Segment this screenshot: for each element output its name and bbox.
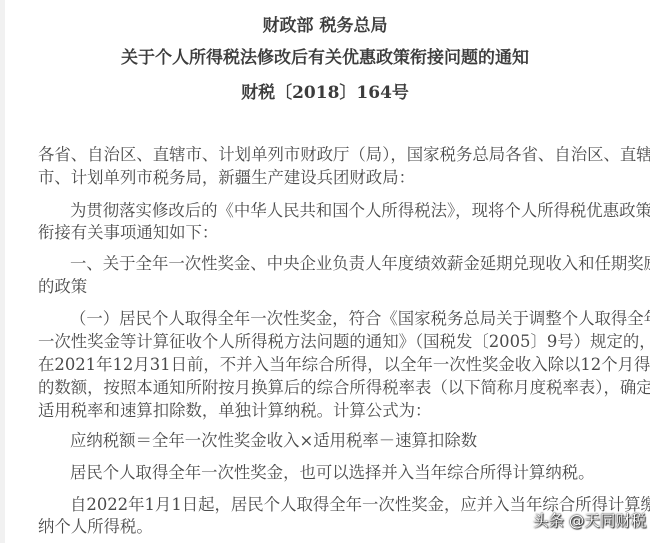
formula-line: 应纳税额＝全年一次性奖金收入×适用税率－速算扣除数 (70, 430, 477, 452)
effective-date-paragraph-line: 纳个人所得税。 (38, 516, 153, 538)
clause-paragraph-line: 的数额，按照本通知所附按月换算后的综合所得税率表（以下简称月度税率表），确定 (38, 377, 650, 399)
issuer-heading: 财政部 税务总局 (0, 15, 650, 37)
intro-paragraph-line: 衔接有关事项通知如下： (38, 222, 218, 244)
option-paragraph-line: 居民个人取得全年一次性奖金，也可以选择并入当年综合所得计算纳税。 (70, 462, 595, 484)
clause-paragraph-line: 在2021年12月31日前，不并入当年综合所得，以全年一次性奖金收入除以12个月… (38, 354, 650, 376)
document-number: 财税〔2018〕164号 (0, 82, 650, 104)
document-title: 关于个人所得税法修改后有关优惠政策衔接问题的通知 (0, 47, 650, 69)
clause-paragraph-line: （一）居民个人取得全年一次性奖金，符合《国家税务总局关于调整个人取得全年 (70, 308, 650, 330)
section-heading-line: 的政策 (38, 276, 87, 298)
intro-paragraph-line: 为贯彻落实修改后的《中华人民共和国个人所得税法》，现将个人所得税优惠政策 (70, 200, 650, 222)
clause-paragraph-line: 一次性奖金等计算征收个人所得税方法问题的通知》（国税发〔2005〕9号）规定的， (38, 331, 650, 353)
source-watermark: 头条 @天同财税 (533, 511, 646, 531)
addressee-line: 市、计划单列市税务局，新疆生产建设兵团财政局： (38, 167, 415, 189)
addressee-line: 各省、自治区、直辖市、计划单列市财政厅（局），国家税务总局各省、自治区、直辖 (38, 144, 650, 166)
section-heading-line: 一、关于全年一次性奖金、中央企业负责人年度绩效薪金延期兑现收入和任期奖励 (70, 253, 650, 275)
clause-paragraph-line: 适用税率和速算扣除数，单独计算纳税。计算公式为： (38, 400, 431, 422)
